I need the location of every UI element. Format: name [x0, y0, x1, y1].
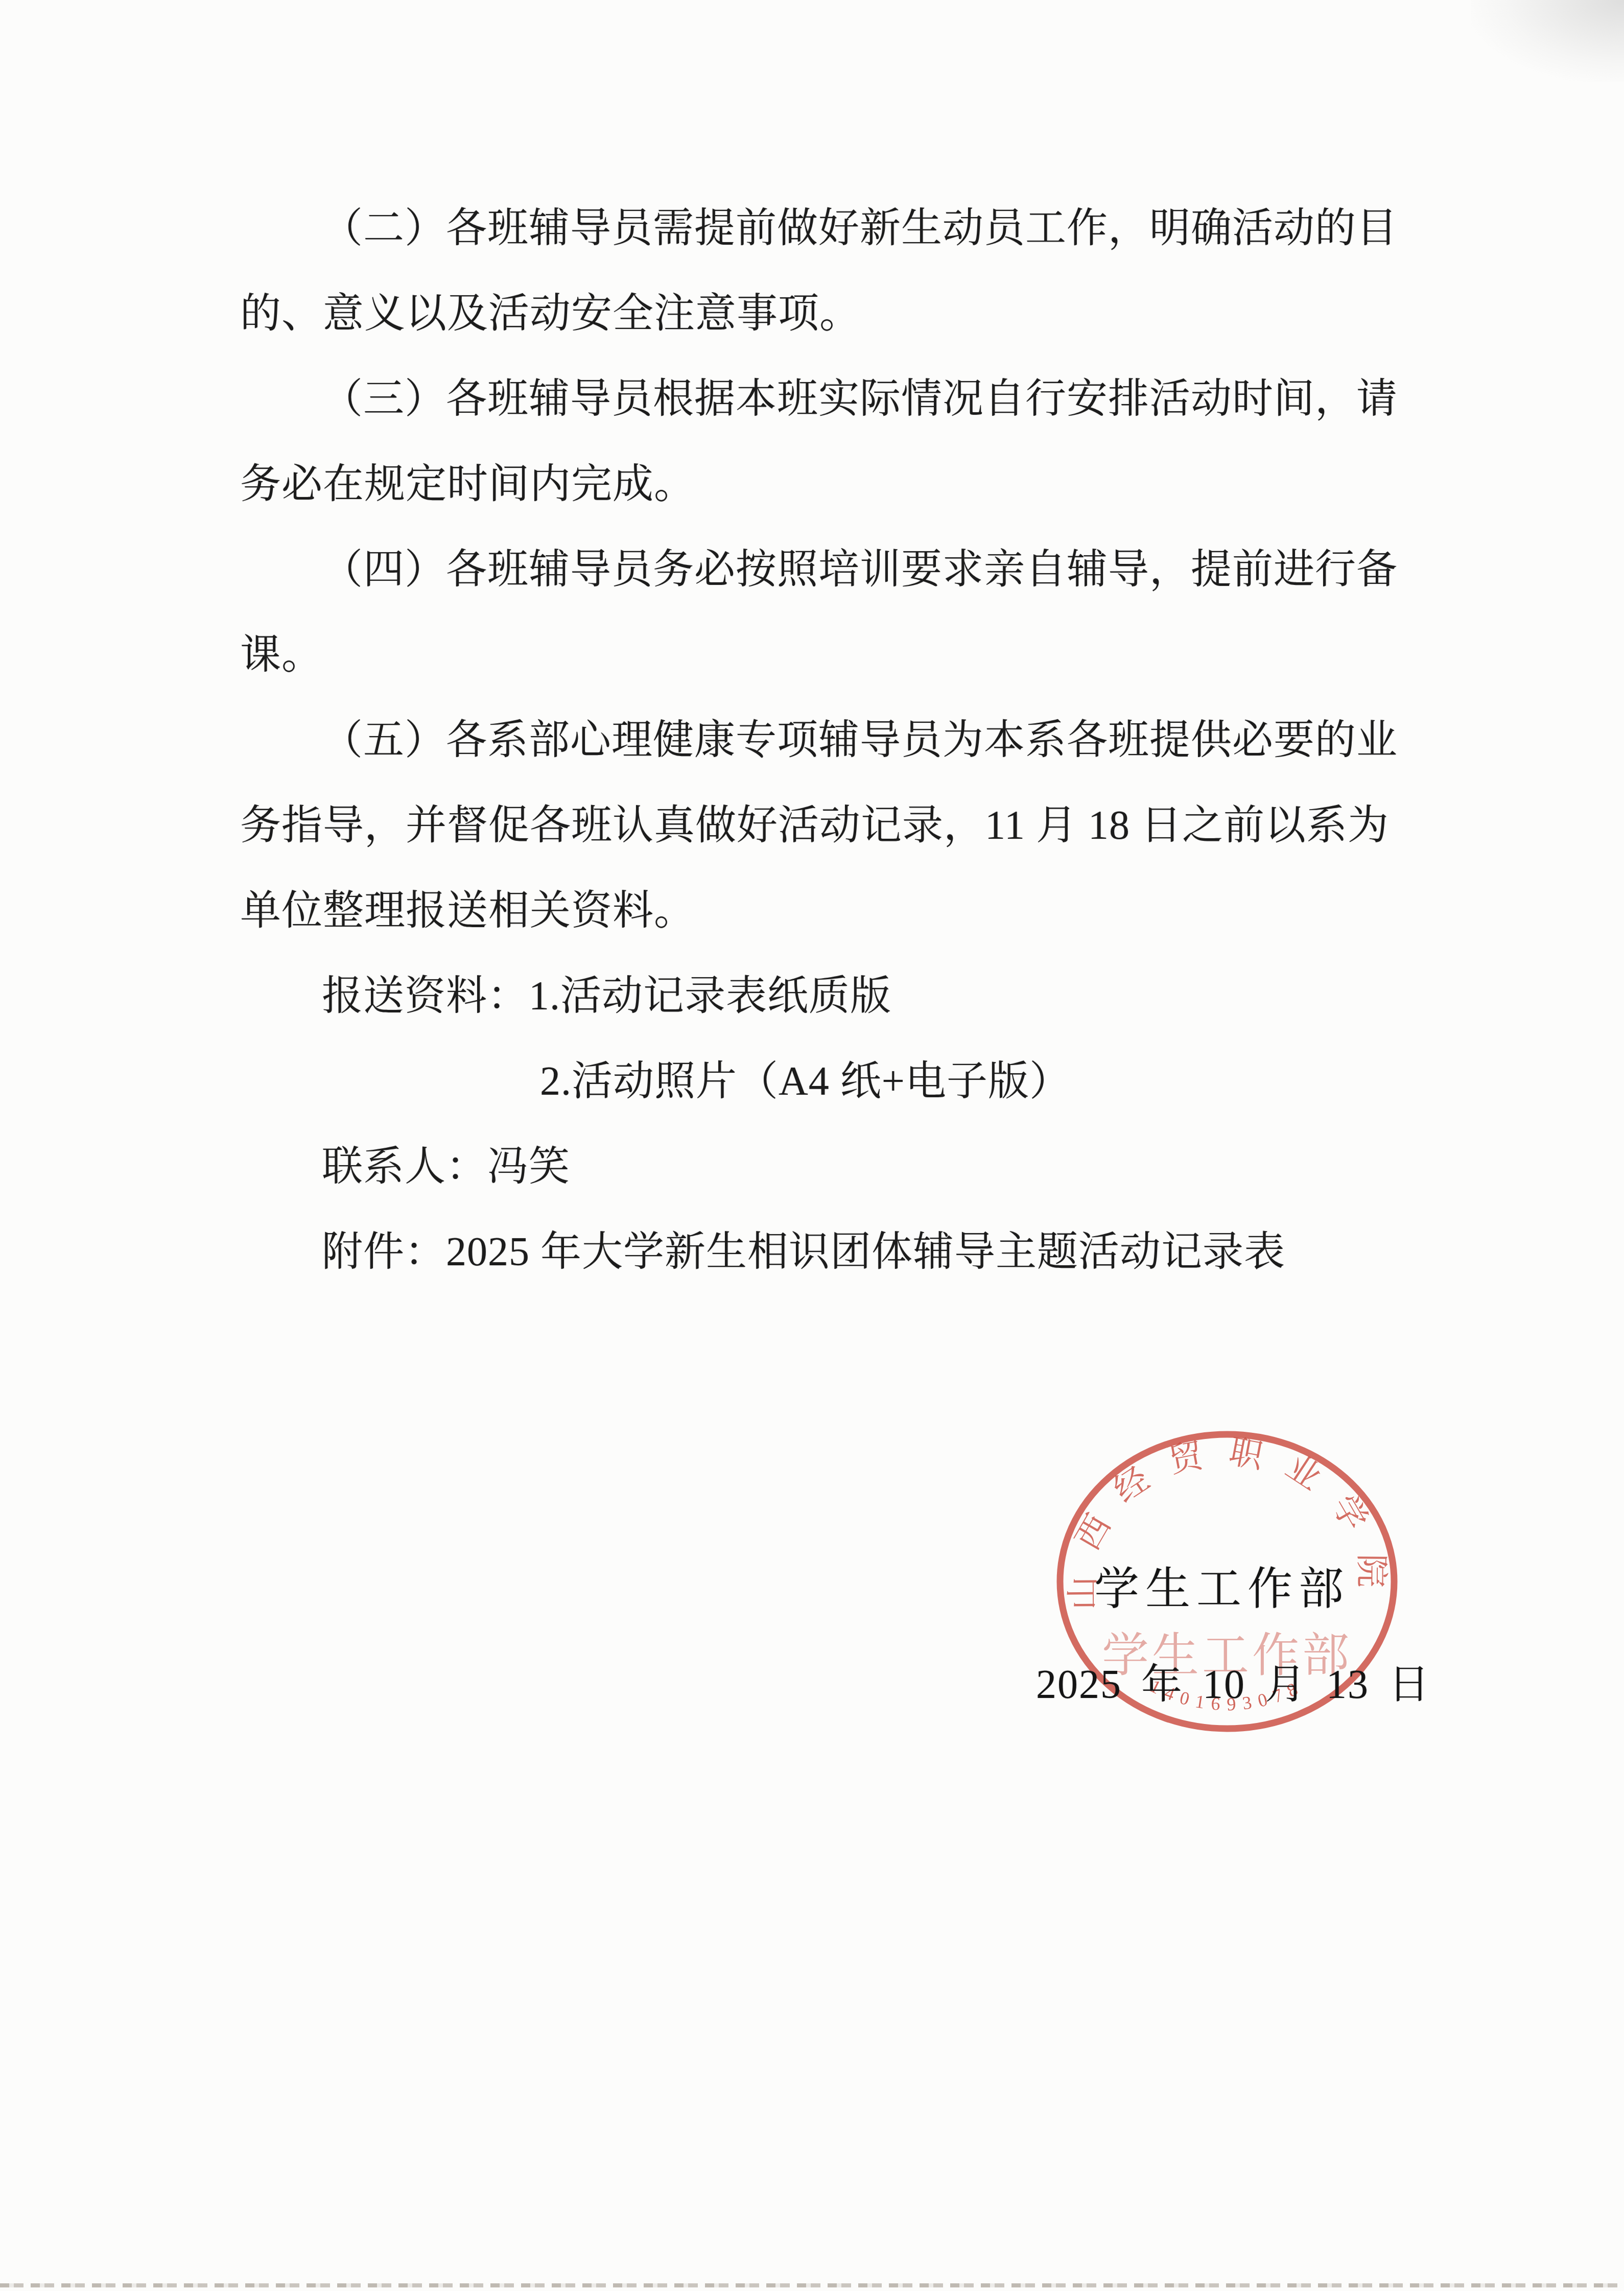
doc-line: 附件：2025 年大学新生相识团体辅导主题活动记录表: [240, 1210, 1415, 1295]
scanner-smudge: [1471, 0, 1624, 82]
doc-line: （五）各系部心理健康专项辅导员为本系各班提供必要的业: [240, 698, 1415, 783]
doc-line: 2.活动照片（A4 纸+电子版）: [240, 1039, 1415, 1124]
scan-edge-artifact: [0, 2283, 1624, 2287]
document-body: （二）各班辅导员需提前做好新生动员工作，明确活动的目 的、意义以及活动安全注意事…: [240, 186, 1415, 1295]
doc-line: （二）各班辅导员需提前做好新生动员工作，明确活动的目: [240, 186, 1415, 271]
doc-line: 课。: [240, 612, 1415, 698]
doc-line: 的、意义以及活动安全注意事项。: [240, 271, 1415, 357]
doc-line: （三）各班辅导员根据本班实际情况自行安排活动时间，请: [240, 357, 1415, 442]
doc-line: 务必在规定时间内完成。: [240, 442, 1415, 527]
signature-department: 学生工作部: [1094, 1553, 1350, 1617]
doc-line: 务指导，并督促各班认真做好活动记录，11 月 18 日之前以系为: [240, 783, 1415, 868]
doc-line: 联系人：冯笑: [240, 1124, 1415, 1210]
doc-line: （四）各班辅导员务必按照培训要求亲自辅导，提前进行备: [240, 527, 1415, 612]
doc-line: 单位整理报送相关资料。: [240, 868, 1415, 954]
doc-line: 报送资料：1.活动记录表纸质版: [240, 954, 1415, 1039]
signature-date: 2025 年 10 月 13 日: [1036, 1651, 1430, 1710]
